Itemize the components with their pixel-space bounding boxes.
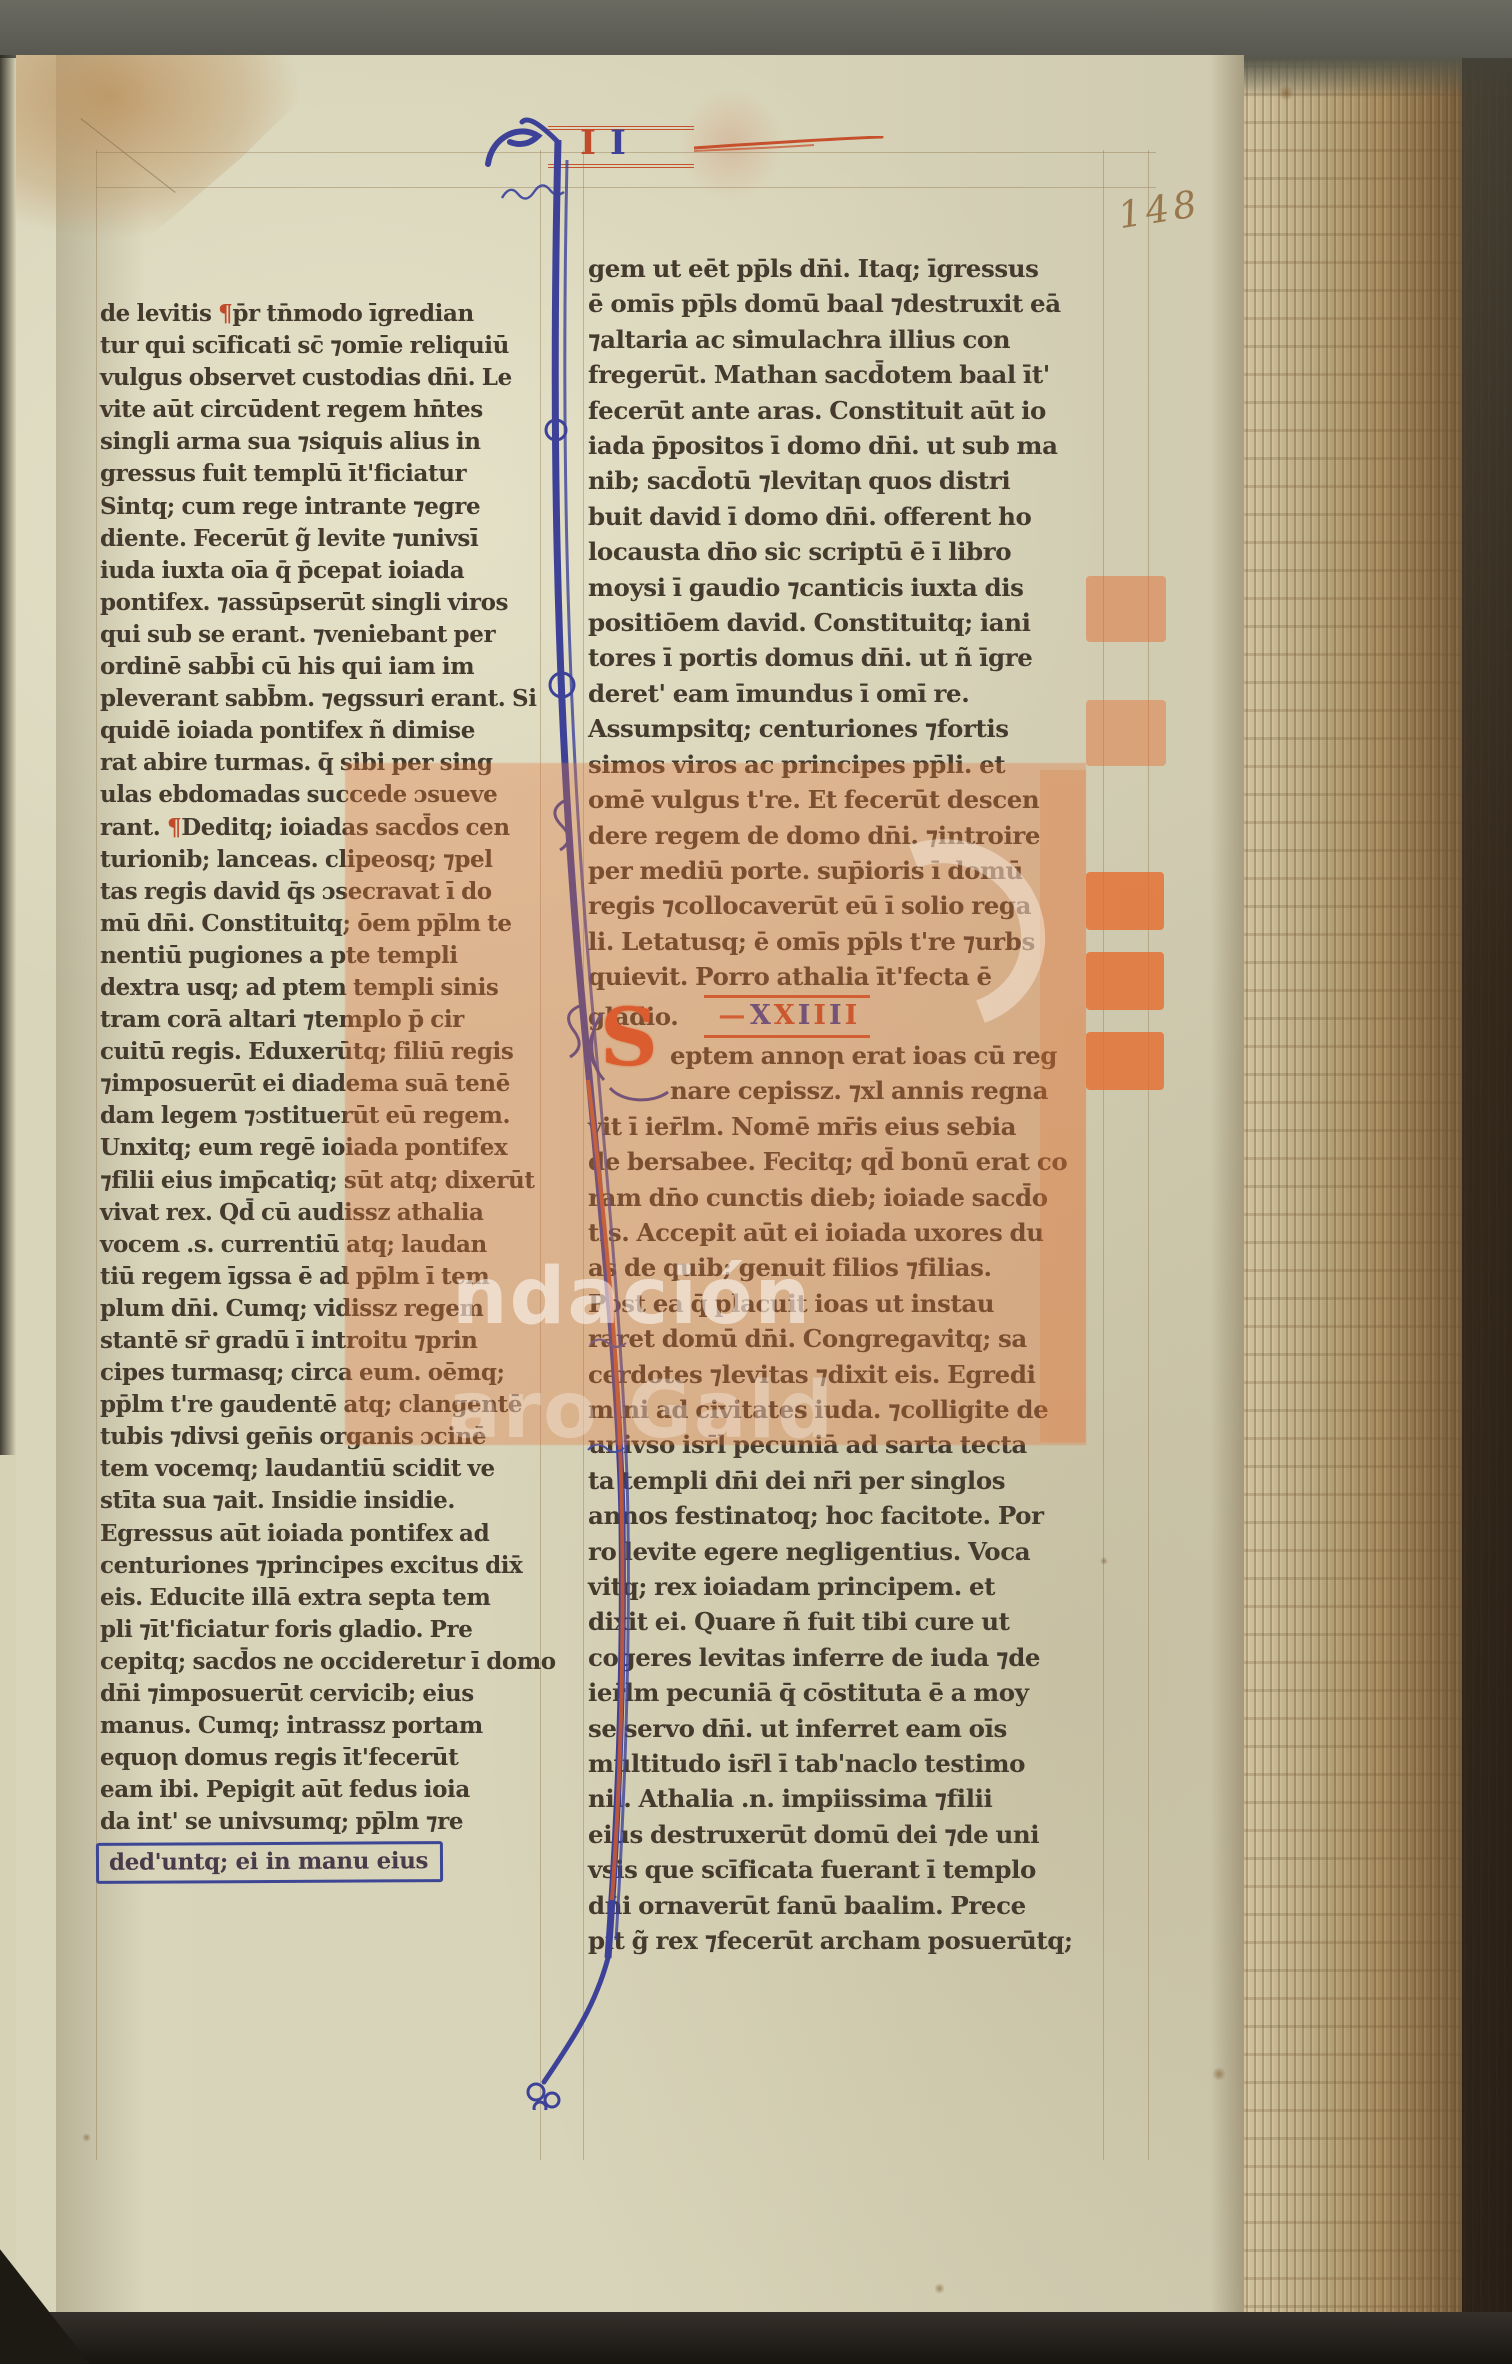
text-line: vite aūt circūdent regem hn̄tes: [100, 394, 556, 426]
ruling-line: [1103, 150, 1104, 2160]
text-line: ⁊imposuerūt ei diadema suā tenē: [100, 1068, 556, 1100]
text-line: cogeres levitas inferre de iuda ⁊de: [588, 1640, 1082, 1675]
text-line: singli arma sua ⁊siquis alius in: [100, 426, 556, 458]
initial-flourish: [582, 992, 702, 1112]
text-line: ram dn̄o cunctis dieb; ioiade sacd̄o: [588, 1180, 1082, 1215]
text-line: vivat rex. Qd̄ cū audissz athalia: [100, 1197, 556, 1229]
text-line: diente. Fecerūt g̃ levite ⁊univsī: [100, 523, 556, 555]
text-line: dere regem de domo dn̄i. ⁊introire: [588, 818, 1082, 853]
text-line: iuda iuxta oīa q̄ p̄cepat ioiada: [100, 555, 556, 587]
text-line: moysi ī gaudio ⁊canticis iuxta dis: [588, 570, 1082, 605]
text-column-left: de levitis ¶p̄r tn̄modo īgrediantur qui …: [100, 298, 556, 1839]
text-line: dn̄i ⁊imposuerūt cervicib; eius: [100, 1678, 556, 1710]
photo-backdrop-top: [0, 0, 1512, 58]
text-line: tubis ⁊divsi gen̄is organis ɔcinē: [100, 1421, 556, 1453]
text-line: tiū regem īgssa ē ad pp̄lm ī tem: [100, 1261, 556, 1293]
text-line: plum dn̄i. Cumq; vidissz regem: [100, 1293, 556, 1325]
foxing-spot: [1100, 1557, 1108, 1565]
text-line: mū dn̄i. Constituitq; ōem pp̄lm te: [100, 908, 556, 940]
text-line: vit ī ier̄lm. Nomē mr̄is eius sebia: [588, 1109, 1082, 1144]
text-line: annos festinatoq; hoc facitote. Por: [588, 1498, 1082, 1533]
photo-backdrop-bottom: [0, 2312, 1512, 2364]
text-line: iada p̄positos ī domo dn̄i. ut sub ma: [588, 428, 1082, 463]
text-line: cipes turmasq; circa eum. oēmq;: [100, 1357, 556, 1389]
text-line: Unxitq; eum regē ioiada pontifex: [100, 1132, 556, 1164]
text-line: dixit ei. Quare ñ fuit tibi cure ut: [588, 1604, 1082, 1639]
text-line: buit david ī domo dn̄i. offerent ho: [588, 499, 1082, 534]
text-line: quievit. Porro athalia īt'fecta ē: [588, 959, 1082, 994]
text-line: nib; sacd̄otū ⁊levitaꞃ quos distri: [588, 463, 1082, 498]
foxing-spot: [82, 2133, 91, 2142]
text-line: pp̄lm t're gaudentē atq; clangentē: [100, 1389, 556, 1421]
text-line: ta templi dn̄i dei nr̄i per singlos: [588, 1463, 1082, 1498]
text-line: equoꞃ domus regis īt'fecerūt: [100, 1742, 556, 1774]
page-edge-shadow: [1210, 55, 1244, 2364]
text-line: quidē ioiada pontifex ñ dimise: [100, 715, 556, 747]
chapter-initial: S: [600, 1002, 678, 1078]
text-line: vulgus observet custodias dn̄i. Le: [100, 362, 556, 394]
text-line: stantē sr̄ gradū ī introitu ⁊prin: [100, 1325, 556, 1357]
text-line: gem ut eēt pp̄ls dn̄i. Itaq; īgressus: [588, 251, 1082, 286]
text-line: ier̄lm pecuniā q̄ cōstituta ē a moy: [588, 1675, 1082, 1710]
text-line: pleverant sabb̄m. ⁊egssuri erant. Si: [100, 683, 556, 715]
chapter-numeral-rubric: — XXIIII: [704, 995, 870, 1038]
text-line: rat abire turmas. q̄ sibi per sing: [100, 747, 556, 779]
text-line: rant. ¶Deditq; ioiadas sacd̄os cen: [100, 812, 556, 844]
text-line: eam ibi. Pepigit aūt fedus ioia: [100, 1774, 556, 1806]
text-line: as de quib; genuit filios ⁊filias.: [588, 1250, 1082, 1285]
text-line: tis. Accepit aūt ei ioiada uxores du: [588, 1215, 1082, 1250]
text-line: se servo dn̄i. ut inferret eam oīs: [588, 1711, 1082, 1746]
text-line: dam legem ⁊ɔstituerūt eū regem.: [100, 1100, 556, 1132]
stain: [16, 55, 346, 285]
ruling-line: [583, 150, 584, 2160]
running-title-letter: I: [610, 128, 628, 158]
text-line: univso isr̄l pecuniā ad sarta tecta: [588, 1427, 1082, 1462]
text-line: eis. Educite illā extra septa tem: [100, 1582, 556, 1614]
text-line: eius destruxerūt domū dei ⁊de uni: [588, 1817, 1082, 1852]
text-line: stīta sua ⁊ait. Insidie insidie.: [100, 1485, 556, 1517]
text-line: simos viros ac principes pp̄li. et: [588, 747, 1082, 782]
text-line: Assumpsitq; centuriones ⁊fortis: [588, 711, 1082, 746]
running-title: II: [480, 112, 900, 182]
text-line: tem vocemq; laudantiū scidit ve: [100, 1453, 556, 1485]
text-line: dextra usq; ad ptem templi sinis: [100, 972, 556, 1004]
text-line: locausta dn̄o sic scriptū ē ī libro: [588, 534, 1082, 569]
text-line: li. Letatusq; ē omīs pp̄ls t're ⁊urbs: [588, 924, 1082, 959]
ruling-line: [96, 187, 1156, 188]
manuscript-photo: II 148 de levitis ¶p̄r tn̄modo īgrediant…: [0, 0, 1512, 2364]
text-line: multitudo isr̄l ī tab'naclo testimo: [588, 1746, 1082, 1781]
text-line: deret' eam īmundus ī omī re.: [588, 676, 1082, 711]
text-line: pli ⁊īt'ficiatur foris gladio. Pre: [100, 1614, 556, 1646]
text-line: turionib; lanceas. clipeosq; ⁊pel: [100, 844, 556, 876]
text-line: vsis que scīficata fuerant ī templo: [588, 1852, 1082, 1887]
text-line: Post ea q̄ placuit ioas ut instau: [588, 1286, 1082, 1321]
text-line: tas regis david q̄s ɔsecravat ī do: [100, 876, 556, 908]
text-line: ulas ebdomadas succede ɔsueve: [100, 779, 556, 811]
text-line: ordinē sabb̄i cū his qui iam im: [100, 651, 556, 683]
boxed-correction: ded'untq; ei in manu eius: [96, 1841, 443, 1884]
text-line: qui sub se erant. ⁊veniebant per: [100, 619, 556, 651]
foxing-spot: [1212, 2067, 1226, 2081]
text-line: Sintq; cum rege intrante ⁊egre: [100, 491, 556, 523]
text-line: raret domū dn̄i. Congregavitq; sa: [588, 1321, 1082, 1356]
text-line: manus. Cumq; intrassz portam: [100, 1710, 556, 1742]
text-line: ro levite egere negligentius. Voca: [588, 1534, 1082, 1569]
pilcrow-mark: ¶: [218, 300, 232, 327]
text-line: fregerūt. Mathan sacd̄otem baal īt': [588, 357, 1082, 392]
text-line: centuriones ⁊principes excitus dix̄: [100, 1550, 556, 1582]
text-line: per mediū porte. sup̄ioris ī domū: [588, 853, 1082, 888]
foxing-spot: [934, 2283, 945, 2294]
text-line: ē omīs pp̄ls domū baal ⁊destruxit eā: [588, 286, 1082, 321]
text-line: dn̄i ornaverūt fanū baalim. Prece: [588, 1888, 1082, 1923]
text-line: cepitq; sacd̄os ne occideretur ī domo: [100, 1646, 556, 1678]
text-line: cuitū regis. Eduxerūtq; filiū regis: [100, 1036, 556, 1068]
text-line: cerdotes ⁊levitas ⁊dixit eis. Egredi: [588, 1357, 1082, 1392]
text-line: nii. Athalia .n. impiissima ⁊filii: [588, 1781, 1082, 1816]
text-line: tores ī portis domus dn̄i. ut ñ īgre: [588, 640, 1082, 675]
text-line: positiōem david. Constituitq; iani: [588, 605, 1082, 640]
text-line: gressus fuit templū īt'ficiatur: [100, 458, 556, 490]
text-line: Egressus aūt ioiada pontifex ad: [100, 1518, 556, 1550]
text-line: ⁊filii eius imp̄catiq; sūt atq; dixerūt: [100, 1165, 556, 1197]
text-line: ⁊altaria ac simulachra illius con: [588, 322, 1082, 357]
running-title-flourish: [694, 136, 884, 152]
photo-backdrop-left: [0, 55, 16, 1455]
text-line: pontifex. ⁊assūpserūt singli viros: [100, 587, 556, 619]
text-line: de bersabee. Fecitq; qd̄ bonū erat co: [588, 1144, 1082, 1179]
text-line: pit g̃ rex ⁊fecerūt archam posuerūtq;: [588, 1923, 1082, 1958]
text-line: de levitis ¶p̄r tn̄modo īgredian: [100, 298, 556, 330]
text-line: fecerūt ante aras. Constituit aūt io: [588, 393, 1082, 428]
ruling-line: [1148, 150, 1149, 2160]
text-line: vocem .s. currentiū atq; laudan: [100, 1229, 556, 1261]
text-line: vitq; rex ioiadam principem. et: [588, 1569, 1082, 1604]
marginal-scribble: [498, 168, 568, 212]
text-line: nentiū pugiones a pte templi: [100, 940, 556, 972]
foxing-spot: [1278, 85, 1294, 101]
text-line: regis ⁊collocaverūt eū ī solio rega: [588, 888, 1082, 923]
text-line: omē vulgus t're. Et fecerūt descen: [588, 782, 1082, 817]
book-cover-edge: [1462, 58, 1512, 2364]
text-line: tram corā altari ⁊templo p̄ cir: [100, 1004, 556, 1036]
pilcrow-mark: ¶: [167, 814, 181, 841]
text-line: da int' se univsumq; pp̄lm ⁊re: [100, 1806, 556, 1838]
text-line: tur qui scīficati sc̄ ⁊omīe reliquiū: [100, 330, 556, 362]
text-line: mini ad civitates iuda. ⁊colligite de: [588, 1392, 1082, 1427]
running-title-letter: I: [580, 128, 598, 158]
